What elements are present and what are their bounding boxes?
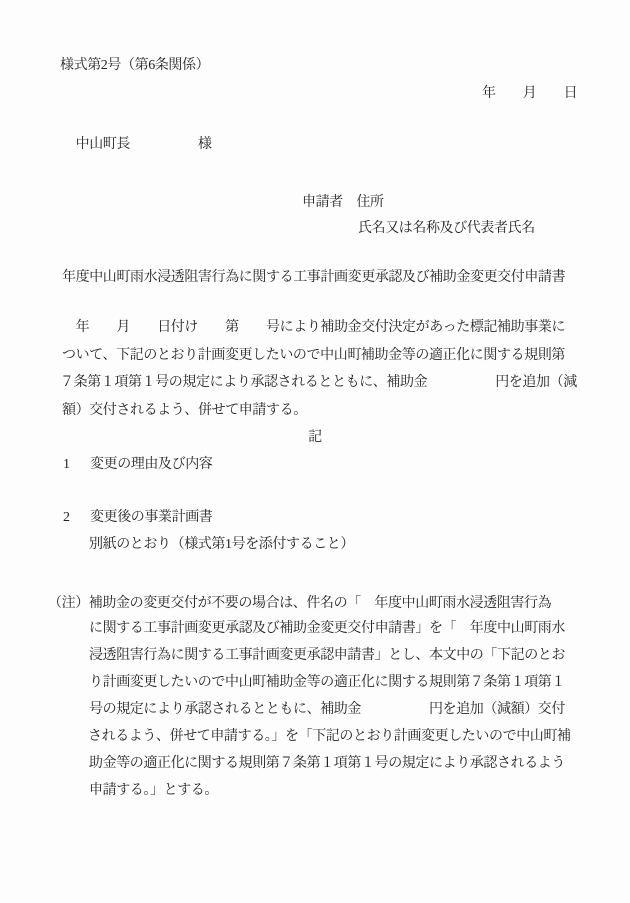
document-title: 年度中山町雨水浸透阻害行為に関する工事計画変更承認及び補助金変更交付申請書 — [62, 270, 565, 286]
body-paragraph-line-3: ７条第１項第１号の規定により承認されるとともに、補助金 円を追加（減 — [60, 375, 577, 391]
note-line-7: 助金等の適正化に関する規則第７条第１項第１号の規定により承認されるよう — [89, 756, 565, 772]
note-line-8: 申請する。」とする。 — [89, 783, 218, 799]
date-line: 年 月 日 — [482, 86, 577, 102]
document-page: 様式第2号（第6条関係） 年 月 日 中山町長 様 申請者 住所 氏名又は名称及… — [0, 0, 630, 903]
note-line-3: 浸透阻害行為に関する工事計画変更承認申請書」とし、本文中の「下記のとお — [89, 648, 565, 664]
item-1-number: 1 — [63, 457, 70, 473]
note-line-2: に関する工事計画変更承認及び補助金変更交付申請書」を「 年度中山町雨水 — [89, 621, 565, 637]
body-paragraph-line-4: 額）交付されるよう、併せて申請する。 — [62, 403, 307, 419]
note-line-1: （注）補助金の変更交付が不要の場合は、件名の「 年度中山町雨水浸透阻害行為 — [48, 596, 551, 612]
body-paragraph-line-2: ついて、下記のとおり計画変更したいので中山町補助金等の適正化に関する規則第 — [62, 348, 565, 364]
item-2-number: 2 — [63, 510, 70, 526]
body-paragraph-line-1: 年 月 日付け 第 号により補助金交付決定があった標記補助事業に — [62, 320, 565, 336]
item-2-detail: 別紙のとおり（様式第1号を添付すること） — [89, 537, 354, 553]
item-2-label: 変更後の事業計画書 — [90, 510, 212, 526]
applicant-name-line: 氏名又は名称及び代表者氏名 — [358, 221, 535, 237]
applicant-address-line: 申請者 住所 — [302, 195, 384, 211]
record-marker: 記 — [0, 430, 630, 446]
form-number-label: 様式第2号（第6条関係） — [60, 58, 209, 74]
addressee-line: 中山町長 様 — [62, 137, 212, 153]
note-line-4: り計画変更したいので中山町補助金等の適正化に関する規則第７条第１項第１ — [89, 675, 565, 691]
note-line-5: 号の規定により承認されるとともに、補助金 円を追加（減額）交付 — [89, 702, 565, 718]
note-line-6: されるよう、併せて申請する。」を「下記のとおり計画変更したいので中山町補 — [88, 729, 571, 745]
item-1-label: 変更の理由及び内容 — [90, 457, 212, 473]
